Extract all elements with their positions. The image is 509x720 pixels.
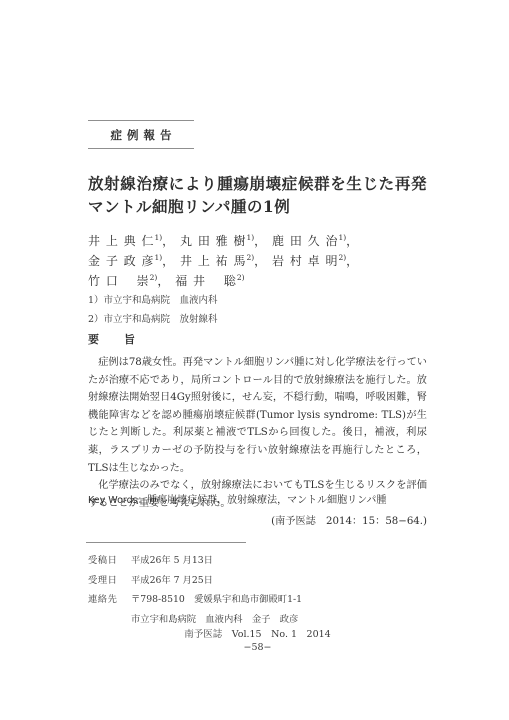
author-name: 井 上 祐 馬 — [180, 254, 246, 268]
author-line: 井 上 典 仁1)， 丸 田 雅 樹1)， 鹿 田 久 治1)， — [88, 231, 427, 251]
author: 岩 村 卓 明2)， — [272, 254, 359, 268]
author-separator: ， — [346, 234, 359, 248]
author-affiliation-mark: 1) — [154, 253, 162, 262]
author-separator: ， — [346, 254, 359, 268]
abstract-heading: 要 旨 — [88, 331, 427, 347]
meta-label: 受稿日 — [88, 551, 122, 571]
author-affiliation-mark: 2) — [246, 253, 254, 262]
footnote-divider — [86, 542, 246, 543]
author-affiliation-mark: 1) — [338, 233, 346, 242]
author-separator: ， — [157, 274, 170, 288]
keywords-terms: 腫瘍崩壊症候群，放射線療法，マントル細胞リンパ腫 — [147, 495, 386, 506]
author-affiliation-mark: 1) — [154, 233, 162, 242]
author-line: 竹 口 崇2)， 福 井 聡2) — [88, 271, 427, 291]
author-list: 井 上 典 仁1)， 丸 田 雅 樹1)， 鹿 田 久 治1)， 金 子 政 彦… — [88, 231, 427, 291]
article-category-label: 症例報告 — [88, 120, 194, 149]
author-name: 竹 口 崇 — [88, 274, 150, 288]
meta-label: 受理日 — [88, 571, 122, 591]
author: 鹿 田 久 治1)， — [272, 234, 359, 248]
author: 福 井 聡2) — [175, 274, 244, 288]
meta-value: 市立宇和島病院 血液内科 金子 政彦 — [131, 614, 298, 625]
keywords-line: Key Words：腫瘍崩壊症候群，放射線療法，マントル細胞リンパ腫 — [88, 493, 427, 509]
meta-label: 連絡先 — [88, 590, 122, 610]
journal-volume-line: 南予医誌 Vol.15 No. 1 2014 — [88, 626, 427, 640]
author: 金 子 政 彦1)， — [88, 254, 175, 268]
affiliation-hematology: 1）市立宇和島病院 血液内科 — [88, 291, 427, 310]
page-number: −58− — [88, 642, 427, 653]
author-name: 井 上 典 仁 — [88, 234, 154, 248]
meta-row-contact-address: 連絡先〒798-8510 愛媛県宇和島市御殿町1-1 — [88, 590, 427, 610]
author-name: 福 井 聡 — [175, 274, 237, 288]
affiliation-radiology: 2）市立宇和島病院 放射線科 — [88, 310, 427, 329]
author: 井 上 典 仁1)， — [88, 234, 175, 248]
author-affiliation-mark: 2) — [338, 253, 346, 262]
meta-value: 平成26年 5 月13日 — [131, 555, 213, 566]
meta-row-received: 受稿日平成26年 5 月13日 — [88, 551, 427, 571]
author: 丸 田 雅 樹1)， — [180, 234, 267, 248]
article-title: 放射線治療により腫瘍崩壊症候群を生じた再発マントル細胞リンパ腫の1例 — [88, 172, 427, 218]
author: 竹 口 崇2)， — [88, 274, 170, 288]
keywords-label: Key Words： — [88, 495, 147, 506]
author-separator: ， — [254, 254, 267, 268]
abstract-paragraph-1: 症例は78歳女性。再発マントル細胞リンパ腫に対し化学療法を行っていたが治療不応で… — [88, 354, 427, 477]
author-separator: ， — [162, 234, 175, 248]
author-name: 鹿 田 久 治 — [272, 234, 338, 248]
author-name: 金 子 政 彦 — [88, 254, 154, 268]
author-name: 丸 田 雅 樹 — [180, 234, 246, 248]
author-affiliation-mark: 1) — [246, 233, 254, 242]
author: 井 上 祐 馬2)， — [180, 254, 267, 268]
journal-citation: (南予医誌 2014：15：58−64.) — [88, 513, 427, 531]
author-separator: ， — [162, 254, 175, 268]
author-name: 岩 村 卓 明 — [272, 254, 338, 268]
author-affiliation-mark: 2) — [237, 273, 245, 282]
meta-value: 平成26年 7 月25日 — [131, 575, 213, 586]
author-separator: ， — [254, 234, 267, 248]
meta-row-accepted: 受理日平成26年 7 月25日 — [88, 571, 427, 591]
meta-value: 〒798-8510 愛媛県宇和島市御殿町1-1 — [131, 594, 302, 605]
paper-page: 症例報告 放射線治療により腫瘍崩壊症候群を生じた再発マントル細胞リンパ腫の1例 … — [0, 0, 509, 720]
affiliation-list: 1）市立宇和島病院 血液内科 2）市立宇和島病院 放射線科 — [88, 291, 427, 329]
author-line: 金 子 政 彦1)， 井 上 祐 馬2)， 岩 村 卓 明2)， — [88, 251, 427, 271]
submission-meta: 受稿日平成26年 5 月13日 受理日平成26年 7 月25日 連絡先〒798-… — [88, 551, 427, 629]
